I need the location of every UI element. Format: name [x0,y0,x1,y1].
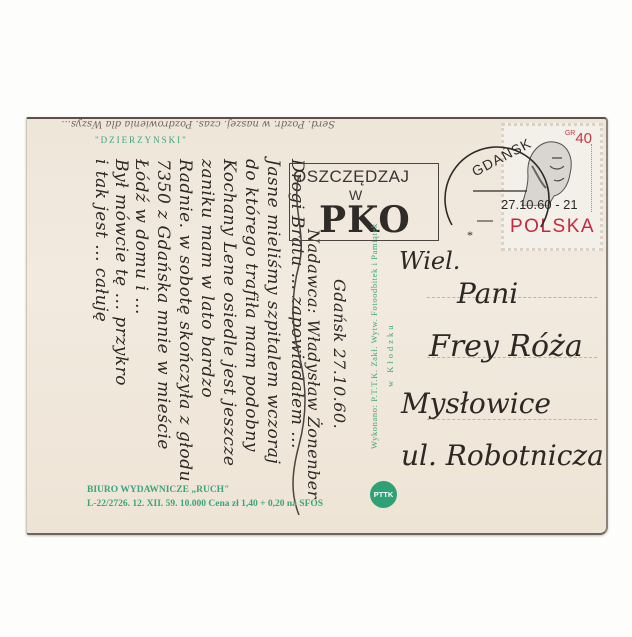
message-line: Radnie. w sobotę skończyła z głodu [175,159,195,482]
message-line: do którego trafiła mam podobny [241,159,261,452]
address-name: Frey Róża [429,329,583,364]
address-salutation: Wiel. [399,247,460,275]
publisher-line-1: BIURO WYDAWNICZE „RUCH" [87,485,229,495]
svg-text:*: * [467,228,473,242]
slogan-line-1: OSZCZĘDZAJ [293,167,409,187]
pttk-logo: PTTK [370,481,397,508]
address-title: Pani [457,277,518,310]
stamp-value: GR40 [565,130,592,147]
address-city: Mysłowice [401,387,551,420]
postmark-date: 27.10.60 - 21 [501,197,578,212]
message-line: Był mówcie tę ... przykro [111,159,131,386]
stamp-side-text [591,144,598,212]
message-line: i tak jest ... całuję [91,159,111,322]
message-line: 7350 z Gdańska mnie w mieście [153,159,173,450]
message-line: Kochany Lene osiedle jest jeszcze [219,159,239,466]
message-line: zaniku mam w lato bardzo [197,159,217,398]
top-edge-note: Serd. Pozdr. w naszej. czas. Pozdrowieni… [61,118,335,129]
message-line: Jasne mieliśmy szpitalem wczoraj [263,159,283,464]
address-street: ul. Robotnicza 7. [401,439,608,472]
printer-location: w Kłodzku [385,322,395,387]
postcard: Serd. Pozdr. w naszej. czas. Pozdrowieni… [26,117,608,535]
printer-credit: Wykonano: P.T.T.K. Zakł. Wytw. Fotoodbit… [369,223,379,449]
publisher-line-2: L-22/2726. 12. XII. 59. 10.000 Cena zł 1… [87,499,323,509]
picture-caption: "DZIERZYNSKI" [95,135,188,145]
slogan-line-3: PKO [319,199,411,241]
sender-name: Nadawca: Władysław Żonenber [304,229,323,499]
message-line: Łódź w domu i ... [131,159,151,315]
sender-date: Gdańsk 27.10.60. [330,279,349,429]
